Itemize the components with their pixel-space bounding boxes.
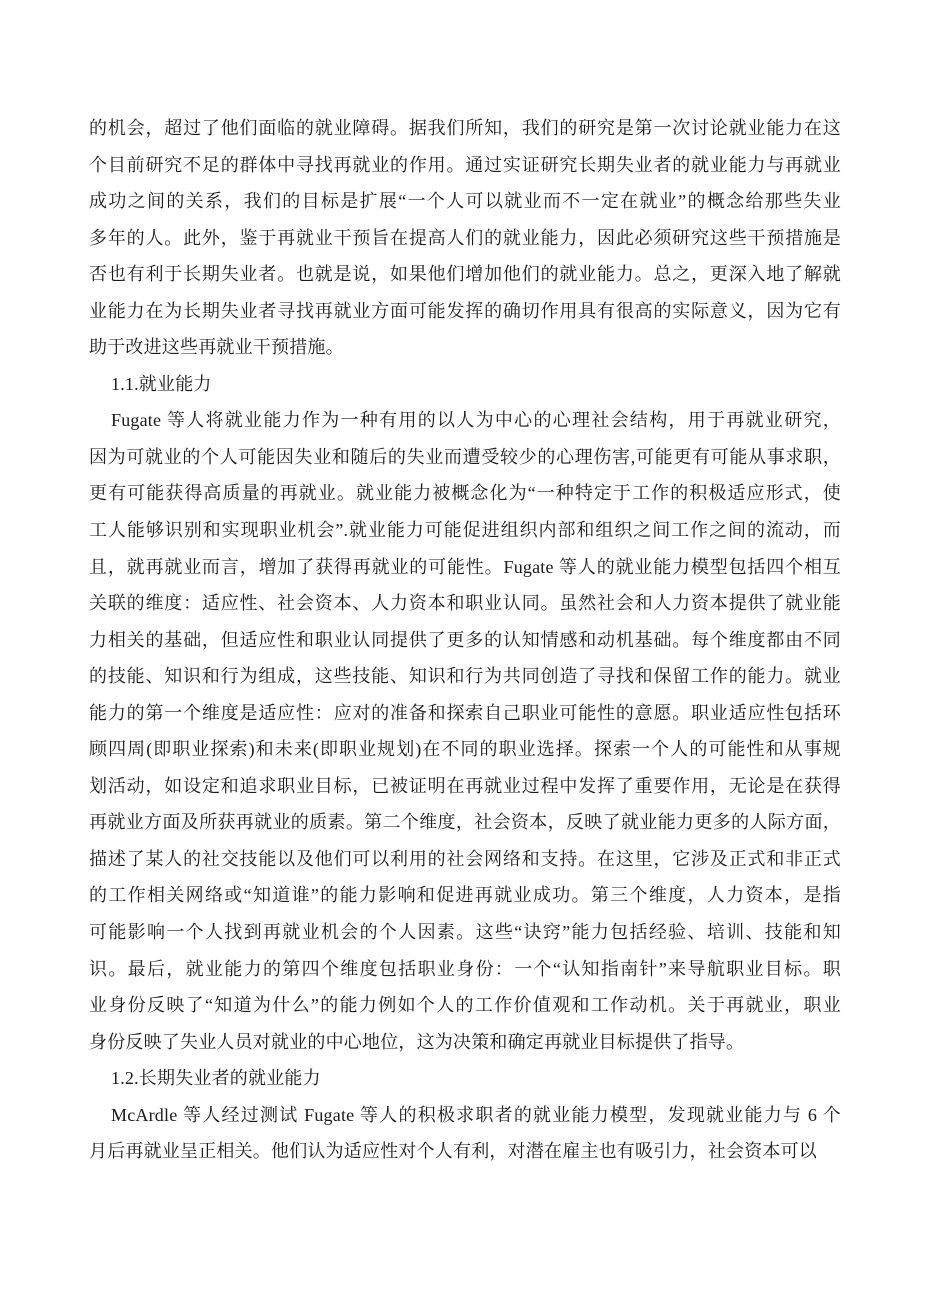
text-line: 的机会，超过了他们面临的就业障碍。据我们所知，我们的研究是第一次讨论就业能力在这 [89, 110, 841, 147]
heading-1-1: 1.1.就业能力 [89, 366, 841, 403]
paragraph-intro-continuation: 的机会，超过了他们面临的就业障碍。据我们所知，我们的研究是第一次讨论就业能力在这… [89, 110, 841, 366]
text-line: 因为可就业的个人可能因失业和随后的失业而遭受较少的心理伤害,可能更有可能从事求职… [89, 439, 841, 476]
text-line: Fugate 等人将就业能力作为一种有用的以人为中心的心理社会结构，用于再就业研… [89, 402, 841, 439]
heading-1-2: 1.2.长期失业者的就业能力 [89, 1060, 841, 1097]
text-line: 且，就再就业而言，增加了获得再就业的可能性。Fugate 等人的就业能力模型包括… [89, 549, 841, 586]
text-line: 再就业方面及所获再就业的质素。第二个维度，社会资本，反映了就业能力更多的人际方面… [89, 804, 841, 841]
text-line: 划活动，如设定和追求职业目标，已被证明在再就业过程中发挥了重要作用，无论是在获得 [89, 768, 841, 805]
text-line: 成功之间的关系，我们的目标是扩展“一个人可以就业而不一定在就业”的概念给那些失业 [89, 183, 841, 220]
text-line: 多年的人。此外，鉴于再就业干预旨在提高人们的就业能力，因此必须研究这些干预措施是 [89, 220, 841, 257]
text-line: 可能影响一个人找到再就业机会的个人因素。这些“诀窍”能力包括经验、培训、技能和知 [89, 914, 841, 951]
paragraph-employability: Fugate 等人将就业能力作为一种有用的以人为中心的心理社会结构，用于再就业研… [89, 402, 841, 1060]
text-line: 业身份反映了“知道为什么”的能力例如个人的工作价值观和工作动机。关于再就业，职业 [89, 987, 841, 1024]
heading-line: 1.2.长期失业者的就业能力 [89, 1060, 841, 1097]
text-line: 关联的维度：适应性、社会资本、人力资本和职业认同。虽然社会和人力资本提供了就业能 [89, 585, 841, 622]
text-line: 更有可能获得高质量的再就业。就业能力被概念化为“一种特定于工作的积极适应形式，使 [89, 475, 841, 512]
text-line: 工人能够识别和实现职业机会”.就业能力可能促进组织内部和组织之间工作之间的流动，… [89, 512, 841, 549]
text-line: McArdle 等人经过测试 Fugate 等人的积极求职者的就业能力模型，发现… [89, 1097, 841, 1134]
text-block: 的机会，超过了他们面临的就业障碍。据我们所知，我们的研究是第一次讨论就业能力在这… [89, 110, 841, 1170]
text-line: 力相关的基础，但适应性和职业认同提供了更多的认知情感和动机基础。每个维度都由不同 [89, 622, 841, 659]
text-line: 描述了某人的社交技能以及他们可以利用的社会网络和支持。在这里，它涉及正式和非正式 [89, 841, 841, 878]
text-line: 的技能、知识和行为组成，这些技能、知识和行为共同创造了寻找和保留工作的能力。就业 [89, 658, 841, 695]
heading-line: 1.1.就业能力 [89, 366, 841, 403]
text-line: 月后再就业呈正相关。他们认为适应性对个人有利，对潜在雇主也有吸引力，社会资本可以 [89, 1133, 841, 1170]
text-line: 个目前研究不足的群体中寻找再就业的作用。通过实证研究长期失业者的就业能力与再就业 [89, 147, 841, 184]
text-line: 识。最后，就业能力的第四个维度包括职业身份：一个“认知指南针”来导航职业目标。职 [89, 951, 841, 988]
paragraph-ltu-employability: McArdle 等人经过测试 Fugate 等人的积极求职者的就业能力模型，发现… [89, 1097, 841, 1170]
text-line: 的工作相关网络或“知道谁”的能力影响和促进再就业成功。第三个维度，人力资本，是指 [89, 877, 841, 914]
text-line: 否也有利于长期失业者。也就是说，如果他们增加他们的就业能力。总之，更深入地了解就 [89, 256, 841, 293]
document-page: 的机会，超过了他们面临的就业障碍。据我们所知，我们的研究是第一次讨论就业能力在这… [0, 0, 925, 1309]
text-line: 顾四周(即职业探索)和未来(即职业规划)在不同的职业选择。探索一个人的可能性和从… [89, 731, 841, 768]
text-line: 身份反映了失业人员对就业的中心地位，这为决策和确定再就业目标提供了指导。 [89, 1024, 841, 1061]
text-line: 业能力在为长期失业者寻找再就业方面可能发挥的确切作用具有很高的实际意义，因为它有 [89, 293, 841, 330]
text-line: 能力的第一个维度是适应性：应对的准备和探索自己职业可能性的意愿。职业适应性包括环 [89, 695, 841, 732]
text-line: 助于改进这些再就业干预措施。 [89, 329, 841, 366]
